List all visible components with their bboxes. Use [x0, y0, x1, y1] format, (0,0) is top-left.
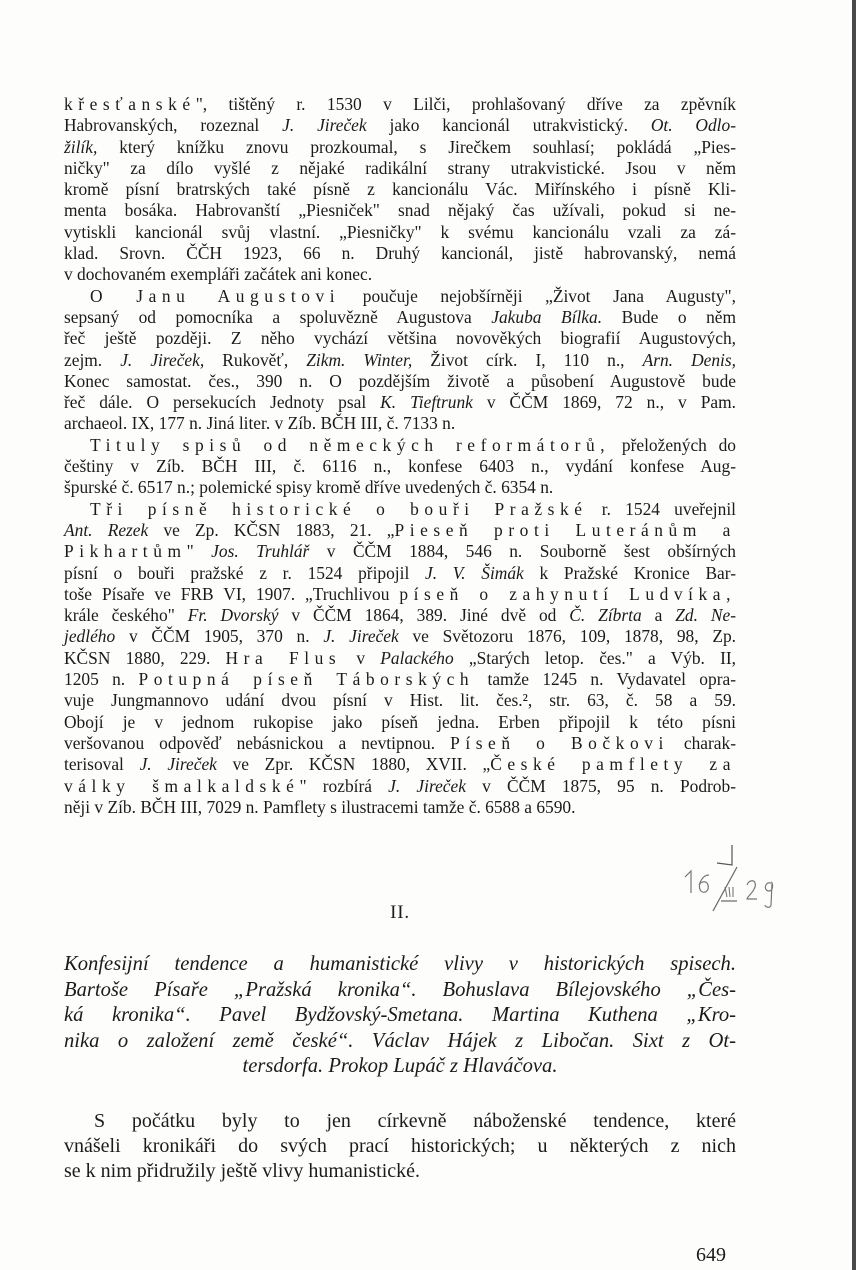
title-line: Bartoše Písaře „Pražská kronika“. Bohusl… — [64, 978, 736, 1004]
text-line: Konec samostat. čes., 390 n. O pozdějším… — [64, 371, 736, 392]
text-line: řeč ještě později. Z něho vychází většin… — [64, 328, 736, 349]
title-line: nika o založení země české“. Václav Háje… — [64, 1029, 736, 1055]
document-page: křesťanské", tištěný r. 1530 v Lilči, pr… — [64, 94, 736, 818]
text-line: řeč dále. O persekucích Jednoty psal K. … — [64, 392, 736, 413]
text-line: toše Písaře ve FRB VI, 1907. „Truchlivou… — [64, 584, 736, 605]
text-line: války šmalkaldské" rozbírá J. Jireček v … — [64, 776, 736, 797]
text-line: vytiskli kancionál svůj vlastní. „Piesni… — [64, 222, 736, 243]
scan-edge-shadow — [852, 0, 856, 1270]
text-line: zejm. J. Jireček, Rukověť, Zikm. Winter,… — [64, 350, 736, 371]
title-line: ká kronika“. Pavel Bydžovský-Smetana. Ma… — [64, 1003, 736, 1029]
text-line: Obojí je v jednom rukopise jako píseň je… — [64, 712, 736, 733]
body-line: vnášeli kronikáři do svých prací histori… — [64, 1134, 736, 1159]
title-line: Konfesijní tendence a humanistické vlivy… — [64, 952, 736, 978]
upper-text-block: křesťanské", tištěný r. 1530 v Lilči, pr… — [64, 94, 736, 818]
text-line: Habrovanských, rozeznal J. Jireček jako … — [64, 115, 736, 136]
text-line: klad. Srovn. ČČH 1923, 66 n. Druhý kanci… — [64, 243, 736, 264]
text-line: jedlého v ČČM 1905, 370 n. J. Jireček ve… — [64, 626, 736, 647]
text-line: křesťanské", tištěný r. 1530 v Lilči, pr… — [64, 94, 736, 115]
text-line: kromě písní bratrských také písně z kanc… — [64, 179, 736, 200]
text-line: archaeol. IX, 177 n. Jiná liter. v Zíb. … — [64, 413, 736, 434]
body-line: se k nim přidružily ještě vlivy humanist… — [64, 1159, 736, 1184]
text-line: KČSN 1880, 229. Hra Flus v Palackého „St… — [64, 648, 736, 669]
text-line: něji v Zíb. BČH III, 7029 n. Pamflety s … — [64, 797, 736, 818]
text-line: veršovanou odpověď nebásnickou a nevtipn… — [64, 733, 736, 754]
page-number: 649 — [696, 1244, 726, 1267]
title-line: tersdorfa. Prokop Lupáč z Hlaváčova. — [64, 1054, 736, 1080]
body-line: S počátku byly to jen církevně nábožensk… — [64, 1109, 736, 1134]
body-paragraph: S počátku byly to jen církevně nábožensk… — [64, 1109, 736, 1184]
text-line: v dochovaném exempláři začátek ani konec… — [64, 264, 736, 285]
text-line: špurské č. 6517 n.; polemické spisy krom… — [64, 477, 736, 498]
text-line: O Janu Augustovi poučuje nejobšírněji „Ž… — [64, 286, 736, 307]
section-title: Konfesijní tendence a humanistické vlivy… — [64, 952, 736, 1080]
text-line: ničky" za dílo vyšlé z nějaké radikální … — [64, 158, 736, 179]
text-line: češtiny v Zíb. BČH III, č. 6116 n., konf… — [64, 456, 736, 477]
text-line: žilík, který knížku znovu prozkoumal, s … — [64, 137, 736, 158]
text-line: 1205 n. Potupná píseň Táborských tamže 1… — [64, 669, 736, 690]
text-line: terisoval J. Jireček ve Zpr. KČSN 1880, … — [64, 754, 736, 775]
text-line: vuje Jungmannovo udání dvou písní v Hist… — [64, 690, 736, 711]
text-line: sepsaný od pomocníka a spoluvězně August… — [64, 307, 736, 328]
section-numeral: II. — [64, 902, 736, 924]
text-line: Pikhartům" Jos. Truhlář v ČČM 1884, 546 … — [64, 541, 736, 562]
text-line: krále českého" Fr. Dvorský v ČČM 1864, 3… — [64, 605, 736, 626]
text-line: Tituly spisů od německých reformátorů, p… — [64, 435, 736, 456]
text-line: písní o bouři pražské z r. 1524 připojil… — [64, 563, 736, 584]
text-line: menta bosáka. Habrovanští „Piesniček" sn… — [64, 200, 736, 221]
text-line: Tři písně historické o bouři Pražské r. … — [64, 499, 736, 520]
handwritten-annotation: 16/III 29 — [675, 845, 825, 915]
text-line: Ant. Rezek ve Zp. KČSN 1883, 21. „Pieseň… — [64, 520, 736, 541]
